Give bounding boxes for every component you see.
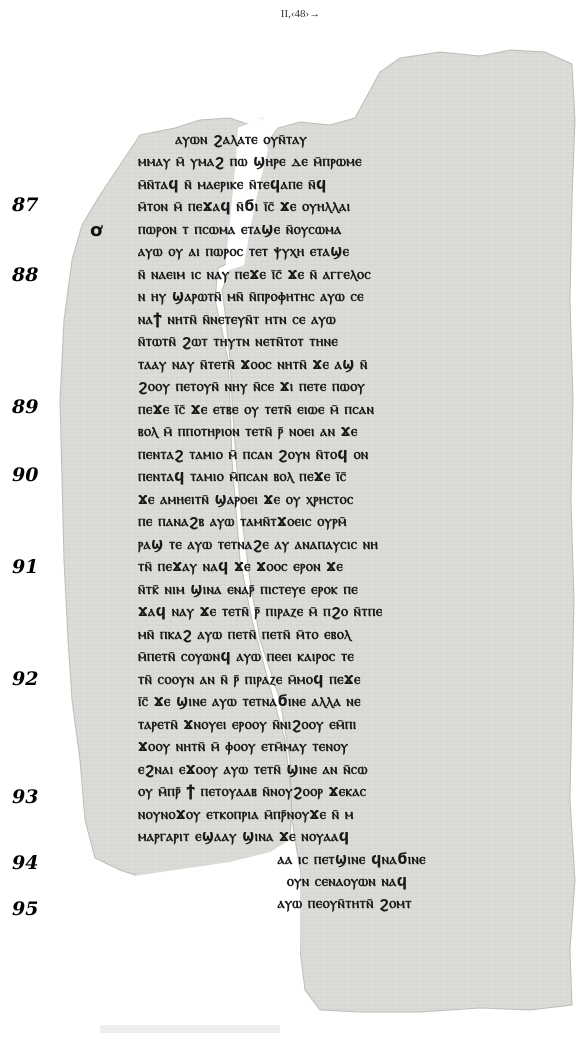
manuscript-line: ⲁⲩⲱ ⲡⲉⲟⲩⲛ̄ⲧⲏⲧⲛ̄ ϩⲟⲙⲧ — [138, 892, 529, 914]
manuscript-line: ⲙ̄ⲧⲟⲛ ⲙ̄ ⲡⲉϫⲁϥ ⲛ̄ϭⲓ ⲓ̄ⲥ̄ ϫⲉ ⲟⲩⲏⲗⲗⲁⲓ — [138, 195, 529, 217]
manuscript-text-block: ⲁⲩⲱⲛ ϩⲁⲗⲁⲧⲉ ⲟⲩⲛ̄ⲧⲁⲩ ⲙⲙⲁⲩ ⲙ̄ ⲩⲙⲁϩ ⲡⲱ ϣⲏⲣⲉ… — [138, 128, 558, 915]
manuscript-line: ⲟⲩ ⲙ̄ⲡⲣ̄ ϯ ⲡⲉⲧⲟⲩⲁⲁⲃ ⲛ̄ⲛⲟⲩϩⲟⲟⲣ ϫⲉⲕⲁⲥ — [138, 780, 529, 802]
manuscript-line: ϩⲟⲟⲩ ⲡⲉⲧⲟⲩⲛ̄ ⲛⲏⲩ ⲛ̄ⲥⲉ ϫⲓ ⲡⲉⲧⲉ ⲡⲱⲟⲩ — [138, 375, 529, 397]
manuscript-line: ⲁⲁ ⲓⲥ ⲡⲉⲧϣⲓⲛⲉ ϥⲛⲁϭⲓⲛⲉ — [138, 848, 529, 870]
manuscript-line: ⲙ̄ⲡⲉⲧⲛ̄ ⲥⲟⲩⲱⲛϥ ⲁⲩⲱ ⲡⲉⲉⲓ ⲕⲁⲓⲣⲟⲥ ⲧⲉ — [138, 645, 529, 667]
manuscript-line: ⲟⲩⲛ ⲥⲉⲛⲁⲟⲩⲱⲛ ⲛⲁϥ — [138, 870, 529, 892]
page-reference: II,‹48›→ — [0, 8, 581, 20]
manuscript-line: ⲛⲁϯ ⲛⲏⲧⲛ̄ ⲛ̄ⲛⲉⲧⲉⲩⲛ̄ⲧ ⲏⲧⲛ ⲥⲉ ⲁⲩⲱ — [138, 308, 529, 330]
manuscript-line: ⲡⲉⲛⲧⲁϩ ⲧⲁⲙⲓⲟ ⲙ̄ ⲡⲥⲁⲛ ϩⲟⲩⲛ ⲛ̄ⲧⲟϥ ⲟⲛ — [138, 443, 529, 465]
line-number: 95 — [12, 898, 38, 920]
manuscript-line: ⲧⲛ̄ ⲡⲉϫⲁⲩ ⲛⲁϥ ϫⲉ ϫⲟⲟⲥ ⲉⲣⲟⲛ ϫⲉ — [138, 555, 529, 577]
line-number: 88 — [12, 264, 38, 286]
manuscript-line: ⲧⲛ̄ ⲥⲟⲟⲩⲛ ⲁⲛ ⲛ̄ ⲣ̄ ⲡⲓⲣⲁⲍⲉ ⲙ̄ⲙⲟϥ ⲡⲉϫⲉ — [138, 668, 529, 690]
manuscript-line: ⲡⲉⲛⲧⲁϥ ⲧⲁⲙⲓⲟ ⲙ̄ⲡⲥⲁⲛ ⲃⲟⲗ ⲡⲉϫⲉ ⲓ̄ⲥ̄ — [138, 465, 529, 487]
line-number: 92 — [12, 668, 38, 690]
manuscript-line: ⲡⲉϫⲉ ⲓ̄ⲥ̄ ϫⲉ ⲉⲧⲃⲉ ⲟⲩ ⲧⲉⲧⲛ̄ ⲉⲓⲱⲉ ⲙ̄ ⲡⲥⲁⲛ — [138, 398, 529, 420]
margin-sign-mark: ơ — [90, 220, 102, 241]
bottom-strip — [100, 1025, 280, 1033]
manuscript-line: ⲁⲩⲱⲛ ϩⲁⲗⲁⲧⲉ ⲟⲩⲛ̄ⲧⲁⲩ — [138, 128, 529, 150]
manuscript-line: ϫⲉ ⲁⲙⲏⲉⲓⲧⲛ̄ ϣⲁⲣⲟⲉⲓ ϫⲉ ⲟⲩ ⲭⲣⲏⲥⲧⲟⲥ — [138, 488, 529, 510]
manuscript-line: ⲧⲁⲣⲉⲧⲛ̄ ϫⲛⲟⲩⲉⲓ ⲉⲣⲟⲟⲩ ⲛ̄ⲛⲓϩⲟⲟⲩ ⲉⲙ̄ⲡⲓ — [138, 713, 529, 735]
line-number: 90 — [12, 464, 38, 486]
manuscript-line: ⲧⲁⲁⲩ ⲛⲁⲩ ⲛ̄ⲧⲉⲧⲛ̄ ϫⲟⲟⲥ ⲛⲏⲧⲛ̄ ϫⲉ ⲁϣ ⲛ̄ — [138, 353, 529, 375]
manuscript-line: ⲣⲁϣ ⲧⲉ ⲁⲩⲱ ⲧⲉⲧⲛⲁϩⲉ ⲁⲩ ⲁⲛⲁⲡⲁⲩⲥⲓⲥ ⲛⲏ — [138, 533, 529, 555]
manuscript-line: ⲡⲉ ⲡⲁⲛⲁϩⲃ ⲁⲩⲱ ⲧⲁⲙⲛ̄ⲧϫⲟⲉⲓⲥ ⲟⲩⲣⲙ̄ — [138, 510, 529, 532]
manuscript-line: ⲓ̄ⲥ̄ ϫⲉ ϣⲓⲛⲉ ⲁⲩⲱ ⲧⲉⲧⲛⲁϭⲓⲛⲉ ⲁⲗⲗⲁ ⲛⲉ — [138, 690, 529, 712]
manuscript-line: ⲉϩⲛⲁⲓ ⲉϫⲟⲟⲩ ⲁⲩⲱ ⲧⲉⲧⲛ̄ ϣⲓⲛⲉ ⲁⲛ ⲛ̄ⲥⲱ — [138, 758, 529, 780]
manuscript-line: ⲡⲱⲣⲟⲛ ⲧ ⲡⲥⲱⲙⲁ ⲉⲧⲁϣⲉ ⲛ̄ⲟⲩⲥⲱⲙⲁ — [138, 218, 529, 240]
manuscript-line: ⲙ̄ⲛ̄ⲧⲁϥ ⲛ̄ ⲙⲁⲉⲣⲓⲕⲉ ⲛ̄ⲧⲉϥⲁⲡⲉ ⲛ̄ϥ — [138, 173, 529, 195]
line-number: 89 — [12, 396, 38, 418]
manuscript-line: ⲛ̄ ⲛⲁⲉⲓⲙ ⲓⲥ ⲛⲁⲩ ⲡⲉϫⲉ ⲓ̄ⲥ̄ ϫⲉ ⲛ̄ ⲁⲅⲅⲉⲗⲟⲥ — [138, 263, 529, 285]
manuscript-line: ⲁⲩⲱ ⲟⲩ ⲁⲓ ⲡⲱⲣⲟⲥ ⲧⲉⲧ ⲯⲩⲭⲏ ⲉⲧⲁϣⲉ — [138, 240, 529, 262]
manuscript-line: ⲙⲁⲣⲅⲁⲣⲓⲧ ⲉϣⲁⲁⲩ ϣⲓⲛⲁ ϫⲉ ⲛⲟⲩⲁⲁϥ — [138, 825, 529, 847]
manuscript-line: ⲛ̄ⲧⲕ̄ ⲛⲓⲙ ϣⲓⲛⲁ ⲉⲛⲁⲣ̄ ⲡⲓⲥⲧⲉⲩⲉ ⲉⲣⲟⲕ ⲡⲉ — [138, 578, 529, 600]
line-number: 91 — [12, 556, 38, 578]
manuscript-line: ⲙⲙⲁⲩ ⲙ̄ ⲩⲙⲁϩ ⲡⲱ ϣⲏⲣⲉ ⲇⲉ ⲙ̄ⲡⲣⲱⲙⲉ — [138, 150, 529, 172]
manuscript-line: ϫⲁϥ ⲛⲁⲩ ϫⲉ ⲧⲉⲧⲛ̄ ⲣ̄ ⲡⲓⲣⲁⲍⲉ ⲙ̄ ⲡϩⲟ ⲛ̄ⲧⲡⲉ — [138, 600, 529, 622]
manuscript-line: ⲛⲟⲩⲛⲟϫⲟⲩ ⲉⲧⲕⲟⲡⲣⲓⲁ ⲙ̄ⲡⲣ̄ⲛⲟⲩϫⲉ ⲛ̄ ⲙ — [138, 803, 529, 825]
manuscript-line: ⲛ ⲏⲩ ϣⲁⲣⲱⲧⲛ̄ ⲙⲛ̄ ⲛ̄ⲡⲣⲟⲫⲏⲧⲏⲥ ⲁⲩⲱ ⲥⲉ — [138, 285, 529, 307]
line-number: 93 — [12, 786, 38, 808]
manuscript-line: ϫⲟⲟⲩ ⲛⲏⲧⲛ̄ ⲙ̄ ⲫⲟⲟⲩ ⲉⲧⲙ̄ⲙⲁⲩ ⲧⲉⲛⲟⲩ — [138, 735, 529, 757]
line-number: 94 — [12, 852, 38, 874]
line-number: 87 — [12, 194, 38, 216]
manuscript-line: ⲙⲛ̄ ⲡⲕⲁϩ ⲁⲩⲱ ⲡⲉⲧⲛ̄ ⲡⲉⲧⲛ̄ ⲙ̄ⲧⲟ ⲉⲃⲟⲗ — [138, 623, 529, 645]
manuscript-line: ⲃⲟⲗ ⲙ̄ ⲡⲡⲟⲧⲏⲣⲓⲟⲛ ⲧⲉⲧⲛ̄ ⲣ̄ ⲛⲟⲉⲓ ⲁⲛ ϫⲉ — [138, 420, 529, 442]
manuscript-line: ⲛ̄ⲧⲱⲧⲛ̄ ϩⲱⲧ ⲧⲏⲩⲧⲛ ⲛⲉⲧⲛ̄ⲧⲟⲧ ⲧⲏⲛⲉ — [138, 330, 529, 352]
